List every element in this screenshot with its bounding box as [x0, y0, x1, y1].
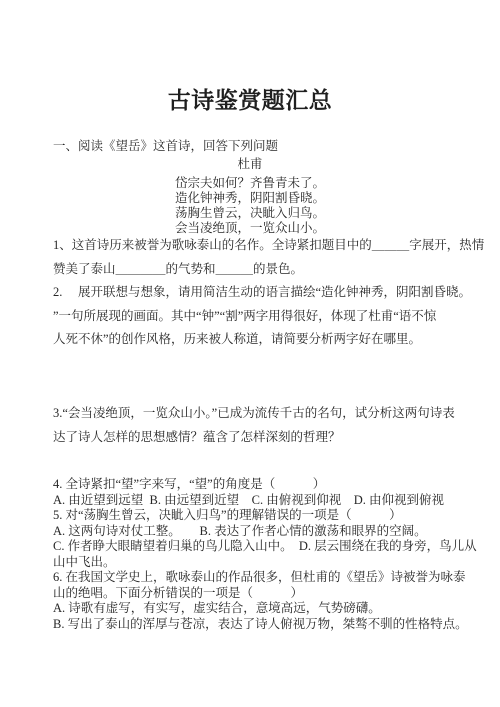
option-line: B. 写出了泰山的浑厚与苍凉，表达了诗人俯视万物，桀骜不驯的性格特点。 — [53, 617, 484, 633]
section-heading: 一、阅读《望岳》这首诗，回答下列问题 — [53, 139, 278, 154]
option-line: 山中飞出。 — [53, 555, 484, 571]
poem: 杜甫 岱宗夫如何？齐鲁青未了。 造化钟神秀，阴阳割昏晓。 荡胸生曾云，决眦入归鸟… — [0, 157, 500, 236]
question-line: 达了诗人怎样的思想感情？蕴含了怎样深刻的哲理？ — [53, 426, 484, 450]
question-line: 人死不休”的创作风格，历来被人称道，请简要分析两字好在哪里。 — [53, 328, 484, 352]
question-line: 5. 对“荡胸生曾云，决眦入归鸟”的理解错误的一项是（ ） — [53, 508, 484, 524]
option-line: A. 诗歌有虚写，有实写，虚实结合，意境高远，气势磅礴。 — [53, 601, 484, 617]
poem-author: 杜甫 — [0, 157, 500, 172]
question-line: 2. 展开联想与想象，请用简洁生动的语言描绘“造化钟神秀，阴阳割昏晓。 — [53, 281, 484, 305]
option-line: A. 由近望到远望 B. 由远望到近望 C. 由俯视到仰视 D. 由仰视到俯视 — [53, 493, 484, 509]
option-line: A. 这两句诗对仗工整。 B. 表达了作者心情的激荡和眼界的空阔。 — [53, 524, 484, 540]
question-line: 4. 全诗紧扣“望”字来写，“望”的角度是（ ） — [53, 477, 484, 493]
poem-line: 岱宗夫如何？齐鲁青未了。 — [0, 176, 500, 191]
page-title: 古诗鉴赏题汇总 — [0, 88, 500, 114]
question-line: 山的绝唱。下面分析错误的一项是（ ） — [53, 586, 484, 602]
question-line: 1、这首诗历来被誉为歌咏泰山的名作。全诗紧扣题目中的＿＿＿字展开，热情 — [53, 234, 484, 258]
questions-4-6: 4. 全诗紧扣“望”字来写，“望”的角度是（ ） A. 由近望到远望 B. 由远… — [53, 477, 484, 632]
document-page: 古诗鉴赏题汇总 一、阅读《望岳》这首诗，回答下列问题 杜甫 岱宗夫如何？齐鲁青未… — [0, 0, 500, 707]
question-3: 3.“会当凌绝顶，一览众山小。”已成为流传千古的名句，试分析这两句诗表 达了诗人… — [53, 402, 484, 449]
question-line: 6. 在我国文学史上，歌咏泰山的作品很多，但杜甫的《望岳》诗被誉为咏泰 — [53, 570, 484, 586]
question-line: 赞美了泰山＿＿＿＿的气势和＿＿＿的景色。 — [53, 258, 484, 282]
questions-1-2: 1、这首诗历来被誉为歌咏泰山的名作。全诗紧扣题目中的＿＿＿字展开，热情 赞美了泰… — [53, 234, 484, 352]
poem-line: 荡胸生曾云，决眦入归鸟。 — [0, 206, 500, 221]
question-line: ”一句所展现的画面。其中“钟”“割”两字用得很好，体现了杜甫“语不惊 — [53, 305, 484, 329]
option-line: C. 作者睁大眼睛望着归巢的鸟儿隐入山中。 D. 层云围绕在我的身旁，鸟儿从 — [53, 539, 484, 555]
poem-line: 造化钟神秀，阴阳割昏晓。 — [0, 191, 500, 206]
question-line: 3.“会当凌绝顶，一览众山小。”已成为流传千古的名句，试分析这两句诗表 — [53, 402, 484, 426]
